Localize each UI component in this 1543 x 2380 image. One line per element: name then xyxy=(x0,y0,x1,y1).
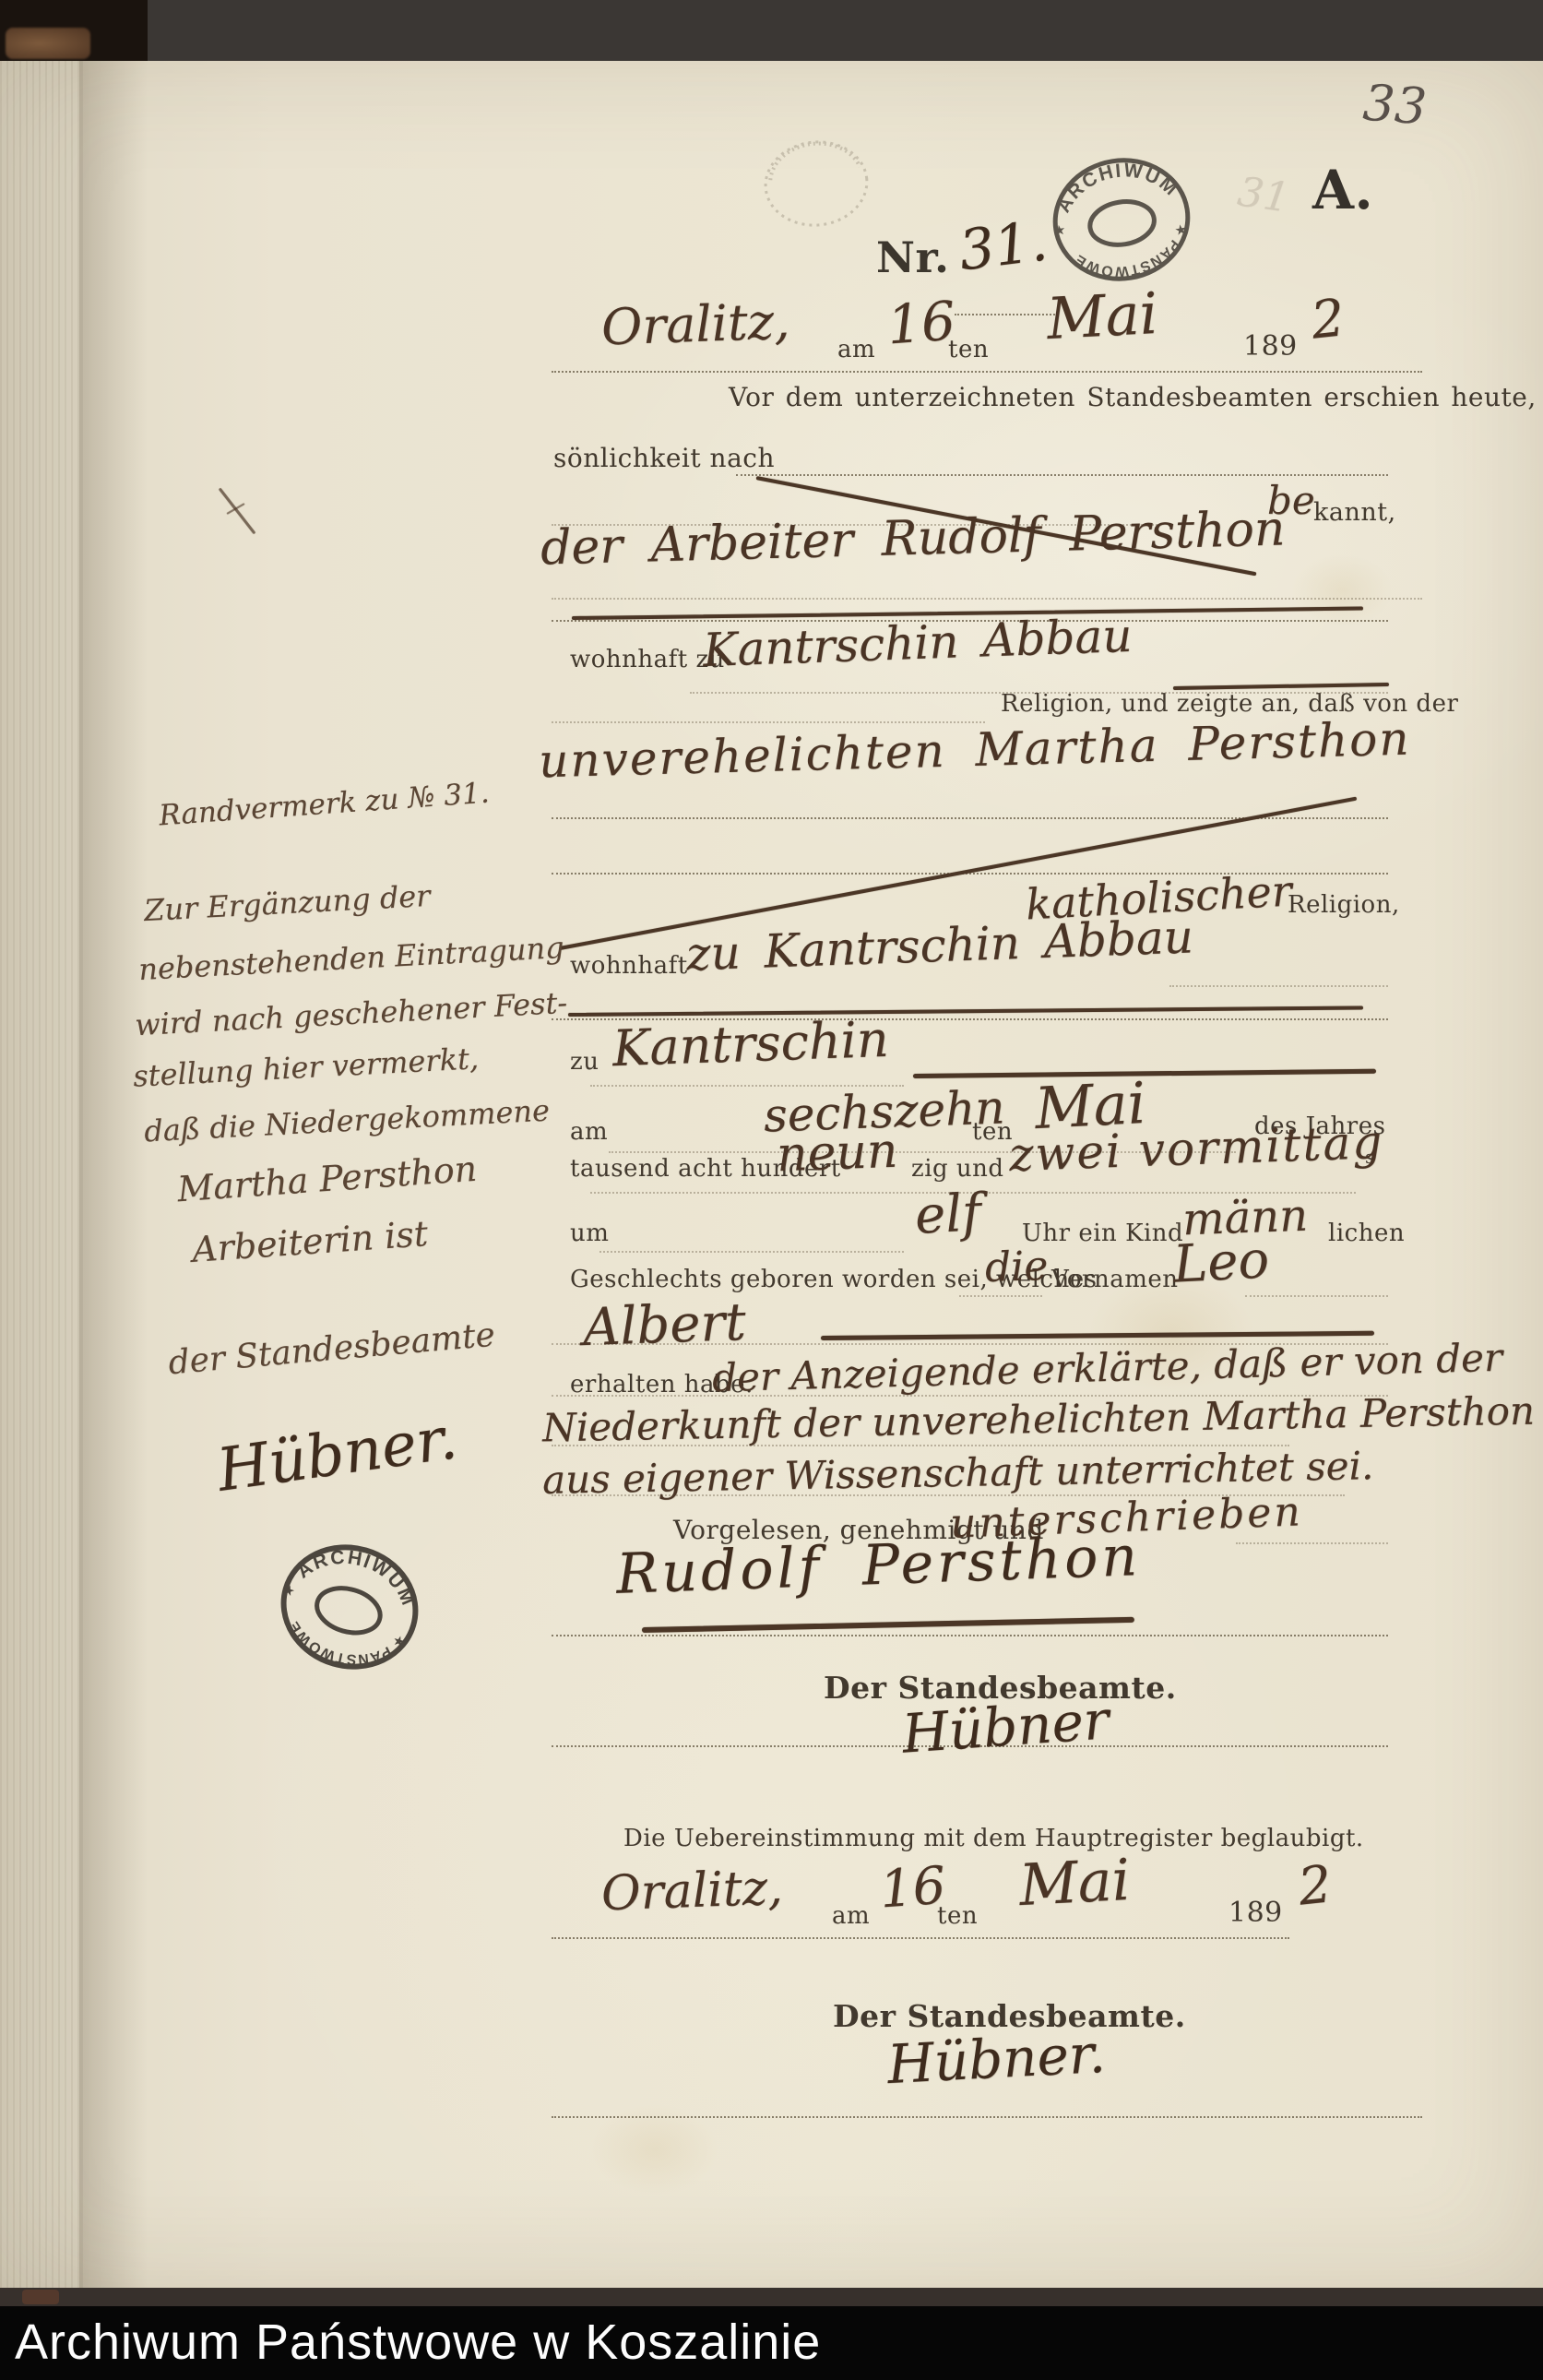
date-day: 16 xyxy=(885,290,957,357)
dotted-rule xyxy=(552,721,985,723)
dotted-rule xyxy=(599,1251,904,1253)
date-place: Oralitz, xyxy=(600,292,790,356)
cert-date-year-digit: 2 xyxy=(1296,1854,1335,1917)
printed-year-2: 189 xyxy=(1228,1897,1283,1929)
cert-date-month: Mai xyxy=(1017,1846,1132,1919)
archive-caption-bar: Archiwum Państwowe w Koszalinie xyxy=(0,2306,1543,2380)
previous-page-edge xyxy=(0,61,83,2288)
dotted-rule xyxy=(736,474,1388,476)
hw-die: die xyxy=(984,1243,1049,1291)
dotted-rule xyxy=(552,2116,1422,2118)
printed-um: um xyxy=(570,1220,609,1247)
dotted-rule xyxy=(552,598,1422,600)
faint-stamp xyxy=(755,129,877,238)
printed-wohnhaft-zu: wohnhaft zu xyxy=(570,646,725,673)
signature-registrar-2: Hübner. xyxy=(885,2022,1107,2096)
dotted-rule xyxy=(1169,985,1388,987)
scan-background-bottom xyxy=(0,2288,1543,2306)
cert-date-day: 16 xyxy=(878,1856,948,1921)
registry-number-label: Nr. xyxy=(876,232,950,282)
stamp-text-archiwum: ARCHIWUM xyxy=(1048,150,1185,219)
stamp-star-icon: ★ xyxy=(280,1581,297,1601)
dotted-rule xyxy=(959,1295,1042,1297)
pencil-page-number: 33 xyxy=(1361,74,1429,137)
registry-number-value: 31. xyxy=(955,208,1050,283)
dotted-rule xyxy=(552,371,1422,373)
corner-letter: A. xyxy=(1312,159,1373,221)
stamp-star-icon: ★ xyxy=(1052,221,1067,240)
printed-am: am xyxy=(837,336,875,363)
dotted-rule xyxy=(1245,1295,1388,1297)
form-intro-line2: sönlichkeit nach xyxy=(553,443,775,473)
hw-first-name: Leo xyxy=(1171,1230,1270,1294)
printed-religion-label: Religion, xyxy=(1288,891,1400,919)
hw-birthplace: Kantrschin xyxy=(611,1010,890,1077)
dotted-rule xyxy=(552,1635,1388,1636)
stamp-star-icon: ★ xyxy=(1173,220,1188,239)
hw-second-name: Albert xyxy=(582,1292,747,1358)
scan-background-top xyxy=(0,0,1543,61)
hw-year-tens: neun xyxy=(776,1124,898,1184)
printed-wohnhaft: wohnhaft xyxy=(570,952,688,980)
ink-ghost-number: 31 xyxy=(1235,168,1293,221)
archive-caption-text: Archiwum Państwowe w Koszalinie xyxy=(15,2306,1543,2378)
hw-hour: elf xyxy=(913,1183,982,1246)
printed-kannt: kannt, xyxy=(1313,498,1396,527)
printed-year: 189 xyxy=(1243,330,1298,363)
printed-vornamen: Vornamen xyxy=(1051,1266,1179,1293)
book-spine-bottom-left xyxy=(22,2290,59,2304)
book-spine-leather xyxy=(6,28,90,59)
dotted-rule xyxy=(552,1937,1289,1939)
book-gutter-shadow xyxy=(79,61,148,2288)
form-intro-line1: Vor dem unterzeichneten Standesbeamten e… xyxy=(729,382,1543,412)
cert-date-place: Oralitz, xyxy=(600,1861,784,1922)
printed-zu: zu xyxy=(570,1048,599,1076)
printed-am-3: am xyxy=(832,1902,870,1930)
stamp-star-icon: ★ xyxy=(391,1632,408,1651)
dotted-rule xyxy=(1236,1542,1388,1544)
svg-text:ARCHIWUM: ARCHIWUM xyxy=(1048,150,1185,219)
archive-stamp-top: ARCHIWUM PAŃSTWOWE ★ ★ xyxy=(1039,141,1204,299)
scanned-civil-registry-page: ARCHIWUM PAŃSTWOWE ★ ★ 33 A. 31 Nr. 31. … xyxy=(0,0,1543,2380)
printed-lichen: lichen xyxy=(1328,1220,1405,1247)
date-year-digit: 2 xyxy=(1309,288,1347,351)
dotted-rule xyxy=(955,314,1058,315)
printed-zig-und: zig und xyxy=(911,1155,1004,1183)
printed-certification: Die Uebereinstimmung mit dem Hauptregist… xyxy=(623,1825,1364,1852)
printed-am-2: am xyxy=(570,1118,608,1146)
